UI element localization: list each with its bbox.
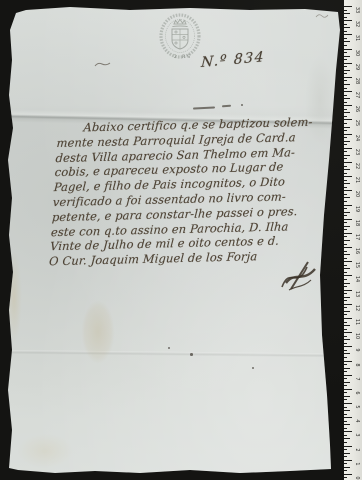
ruler-number: 23 bbox=[354, 147, 360, 157]
ruler-tick bbox=[344, 173, 347, 174]
ruler-number: 9 bbox=[354, 345, 360, 355]
ruler-tick bbox=[344, 414, 347, 415]
ruler-number: 8 bbox=[354, 360, 360, 370]
ruler-tick bbox=[344, 460, 352, 461]
ruler-tick bbox=[344, 396, 350, 397]
ruler-number: 15 bbox=[354, 260, 360, 270]
ruler-tick bbox=[344, 477, 347, 478]
ruler-tick bbox=[344, 80, 347, 81]
ruler-tick bbox=[344, 176, 352, 177]
ruler-tick bbox=[344, 293, 347, 294]
ruler-tick bbox=[344, 417, 352, 418]
ruler-tick bbox=[344, 20, 352, 21]
ruler-tick bbox=[344, 286, 347, 287]
ruler-tick bbox=[344, 95, 347, 96]
ruler-tick bbox=[344, 343, 347, 344]
ruler-tick bbox=[344, 389, 352, 390]
ruler-tick bbox=[344, 314, 347, 315]
ruler-tick bbox=[344, 375, 352, 376]
ruler-tick bbox=[344, 123, 347, 124]
ruler-tick bbox=[344, 364, 347, 365]
ruler-tick bbox=[344, 261, 352, 262]
ruler-tick bbox=[344, 385, 347, 386]
ruler-tick bbox=[344, 438, 350, 439]
ruler-tick bbox=[344, 251, 347, 252]
ruler-tick bbox=[344, 84, 350, 85]
ruler-tick bbox=[344, 127, 350, 128]
ruler-number: 31 bbox=[354, 33, 360, 43]
ruler-tick bbox=[344, 247, 352, 248]
ink-speck bbox=[252, 367, 254, 369]
ruler-number: 29 bbox=[354, 62, 360, 72]
ruler-number: 7 bbox=[354, 374, 360, 384]
ruler-tick bbox=[344, 361, 352, 362]
ruler-tick bbox=[344, 272, 347, 273]
ruler-number: 33 bbox=[354, 5, 360, 15]
ruler-tick bbox=[344, 166, 347, 167]
ruler-tick bbox=[344, 322, 347, 323]
ruler-tick bbox=[344, 410, 350, 411]
ruler-number: 25 bbox=[354, 118, 360, 128]
ruler-number: 30 bbox=[354, 48, 360, 58]
ink-speck bbox=[168, 347, 170, 349]
ruler-tick bbox=[344, 339, 350, 340]
ruler-number: 11 bbox=[354, 317, 360, 327]
ruler-number: 4 bbox=[354, 416, 360, 426]
ink-smudge-icon bbox=[315, 12, 329, 20]
ruler-tick bbox=[344, 392, 347, 393]
manuscript-text-block: Abaixo certifico q.e se baptizou solem- … bbox=[49, 114, 340, 269]
ruler-tick bbox=[344, 229, 347, 230]
ruler-tick bbox=[344, 141, 350, 142]
ruler-tick bbox=[344, 421, 347, 422]
ruler-tick bbox=[344, 353, 350, 354]
ruler-tick bbox=[344, 226, 350, 227]
ruler-tick bbox=[344, 201, 347, 202]
ruler-tick bbox=[344, 240, 350, 241]
ruler-tick bbox=[344, 268, 350, 269]
seal-caption: 2 RS bbox=[160, 55, 206, 60]
ruler-tick bbox=[344, 49, 352, 50]
ruler-number: 17 bbox=[354, 232, 360, 242]
ruler-tick bbox=[344, 254, 350, 255]
ruler-number: 28 bbox=[354, 76, 360, 86]
ruler-tick bbox=[344, 403, 352, 404]
ruler-tick bbox=[344, 325, 350, 326]
ruler-tick bbox=[344, 463, 347, 464]
photograph-canvas: 2 RS N.º 834 Abaixo certifico q.e se bap… bbox=[0, 0, 362, 480]
ink-smudge-icon bbox=[94, 60, 112, 68]
ruler-number: 6 bbox=[354, 388, 360, 398]
ruler-tick bbox=[344, 350, 347, 351]
ruler-tick bbox=[344, 6, 352, 7]
ruler-tick bbox=[344, 187, 347, 188]
ruler-tick bbox=[344, 130, 347, 131]
ink-dash bbox=[193, 106, 215, 109]
ruler-tick bbox=[344, 431, 352, 432]
ruler-number: 12 bbox=[354, 303, 360, 313]
paper-edge-stain bbox=[4, 238, 24, 356]
ruler-tick bbox=[344, 24, 347, 25]
ruler-tick bbox=[344, 77, 352, 78]
ruler-tick bbox=[344, 194, 347, 195]
ruler-tick bbox=[344, 116, 347, 117]
ruler-tick bbox=[344, 244, 347, 245]
ruler-tick bbox=[344, 137, 347, 138]
ruler-tick bbox=[344, 66, 347, 67]
ruler-tick bbox=[344, 183, 350, 184]
ruler-tick bbox=[344, 279, 347, 280]
ruler-tick bbox=[344, 31, 347, 32]
ruler-tick bbox=[344, 45, 347, 46]
ruler-tick bbox=[344, 119, 352, 120]
ruler-tick bbox=[344, 88, 347, 89]
ruler-tick bbox=[344, 109, 347, 110]
ruler-tick bbox=[344, 442, 347, 443]
ruler-tick bbox=[344, 190, 352, 191]
ruler: 3332313029282726252423222120191817161514… bbox=[344, 0, 362, 480]
ruler-number: 21 bbox=[354, 175, 360, 185]
ruler-tick bbox=[344, 300, 347, 301]
ruler-number: 24 bbox=[354, 133, 360, 143]
ruler-tick bbox=[344, 453, 350, 454]
ruler-tick bbox=[344, 56, 350, 57]
ruler-number: 32 bbox=[354, 19, 360, 29]
signature-rubric-icon bbox=[278, 256, 320, 296]
ruler-tick bbox=[344, 158, 347, 159]
ruler-tick bbox=[344, 435, 347, 436]
ruler-tick bbox=[344, 382, 350, 383]
ruler-tick bbox=[344, 41, 350, 42]
ruler-tick bbox=[344, 470, 347, 471]
document-page: 2 RS N.º 834 Abaixo certifico q.e se bap… bbox=[0, 0, 362, 480]
ruler-tick bbox=[344, 17, 347, 18]
ruler-tick bbox=[344, 10, 347, 11]
ruler-tick bbox=[344, 332, 352, 333]
ruler-tick bbox=[344, 233, 352, 234]
ruler-number: 3 bbox=[354, 430, 360, 440]
ruler-tick bbox=[344, 307, 347, 308]
ruler-tick bbox=[344, 105, 352, 106]
ruler-tick bbox=[344, 180, 347, 181]
ruler-tick bbox=[344, 297, 350, 298]
ruler-tick bbox=[344, 162, 352, 163]
ruler-number: 27 bbox=[354, 90, 360, 100]
ruler-tick bbox=[344, 205, 352, 206]
ruler-tick bbox=[344, 91, 352, 92]
ruler-number: 1 bbox=[354, 459, 360, 469]
ruler-tick bbox=[344, 34, 352, 35]
ruler-number: 0 bbox=[354, 473, 360, 480]
ruler-number: 20 bbox=[354, 189, 360, 199]
ruler-number: 18 bbox=[354, 218, 360, 228]
ruler-tick bbox=[344, 144, 347, 145]
ruler-number: 5 bbox=[354, 402, 360, 412]
ruler-tick bbox=[344, 219, 352, 220]
ruler-number: 13 bbox=[354, 289, 360, 299]
ruler-number: 10 bbox=[354, 331, 360, 341]
ruler-tick bbox=[344, 424, 350, 425]
paper-corner-stain bbox=[8, 428, 82, 474]
ruler-tick bbox=[344, 59, 347, 60]
ruler-tick bbox=[344, 155, 350, 156]
ruler-tick bbox=[344, 446, 352, 447]
ruler-tick bbox=[344, 151, 347, 152]
ruler-tick bbox=[344, 73, 347, 74]
ruler-number: 26 bbox=[354, 104, 360, 114]
ruler-tick bbox=[344, 407, 347, 408]
ruler-tick bbox=[344, 283, 350, 284]
ruler-tick bbox=[344, 346, 352, 347]
folio-number: N.º 834 bbox=[201, 49, 266, 71]
ruler-tick bbox=[344, 215, 347, 216]
ruler-tick bbox=[344, 208, 347, 209]
ruler-tick bbox=[344, 378, 347, 379]
ruler-number: 16 bbox=[354, 246, 360, 256]
ruler-tick bbox=[344, 70, 350, 71]
ruler-number: 14 bbox=[354, 274, 360, 284]
ruler-tick bbox=[344, 474, 352, 475]
ruler-tick bbox=[344, 112, 350, 113]
ruler-tick bbox=[344, 148, 352, 149]
ruler-tick bbox=[344, 275, 352, 276]
ruler-tick bbox=[344, 329, 347, 330]
ruler-tick bbox=[344, 318, 352, 319]
ruler-tick bbox=[344, 13, 350, 14]
ruler-tick bbox=[344, 304, 352, 305]
ruler-tick bbox=[344, 52, 347, 53]
ruler-tick bbox=[344, 336, 347, 337]
ruler-tick bbox=[344, 456, 347, 457]
ink-speck bbox=[241, 104, 243, 106]
ruler-number: 2 bbox=[354, 445, 360, 455]
ink-speck bbox=[190, 353, 193, 356]
ruler-number: 19 bbox=[354, 204, 360, 214]
ruler-tick bbox=[344, 311, 350, 312]
ruler-tick bbox=[344, 368, 350, 369]
ruler-tick bbox=[344, 63, 352, 64]
ruler-tick bbox=[344, 265, 347, 266]
ruler-tick bbox=[344, 399, 347, 400]
lower-fold-crease bbox=[4, 350, 334, 357]
ruler-tick bbox=[344, 258, 347, 259]
ruler-tick bbox=[344, 290, 352, 291]
ruler-tick bbox=[344, 169, 350, 170]
ruler-tick bbox=[344, 134, 352, 135]
ruler-number: 22 bbox=[354, 161, 360, 171]
ruler-tick bbox=[344, 197, 350, 198]
ruler-tick bbox=[344, 467, 350, 468]
ruler-tick bbox=[344, 212, 350, 213]
paper-stain bbox=[76, 290, 120, 374]
ruler-tick bbox=[344, 27, 350, 28]
ruler-tick bbox=[344, 236, 347, 237]
ruler-tick bbox=[344, 357, 347, 358]
ruler-tick bbox=[344, 371, 347, 372]
ruler-tick bbox=[344, 222, 347, 223]
ruler-tick bbox=[344, 449, 347, 450]
ink-dash bbox=[222, 105, 231, 107]
ruler-tick bbox=[344, 102, 347, 103]
ruler-tick bbox=[344, 98, 350, 99]
ruler-tick bbox=[344, 428, 347, 429]
ruler-tick bbox=[344, 38, 347, 39]
